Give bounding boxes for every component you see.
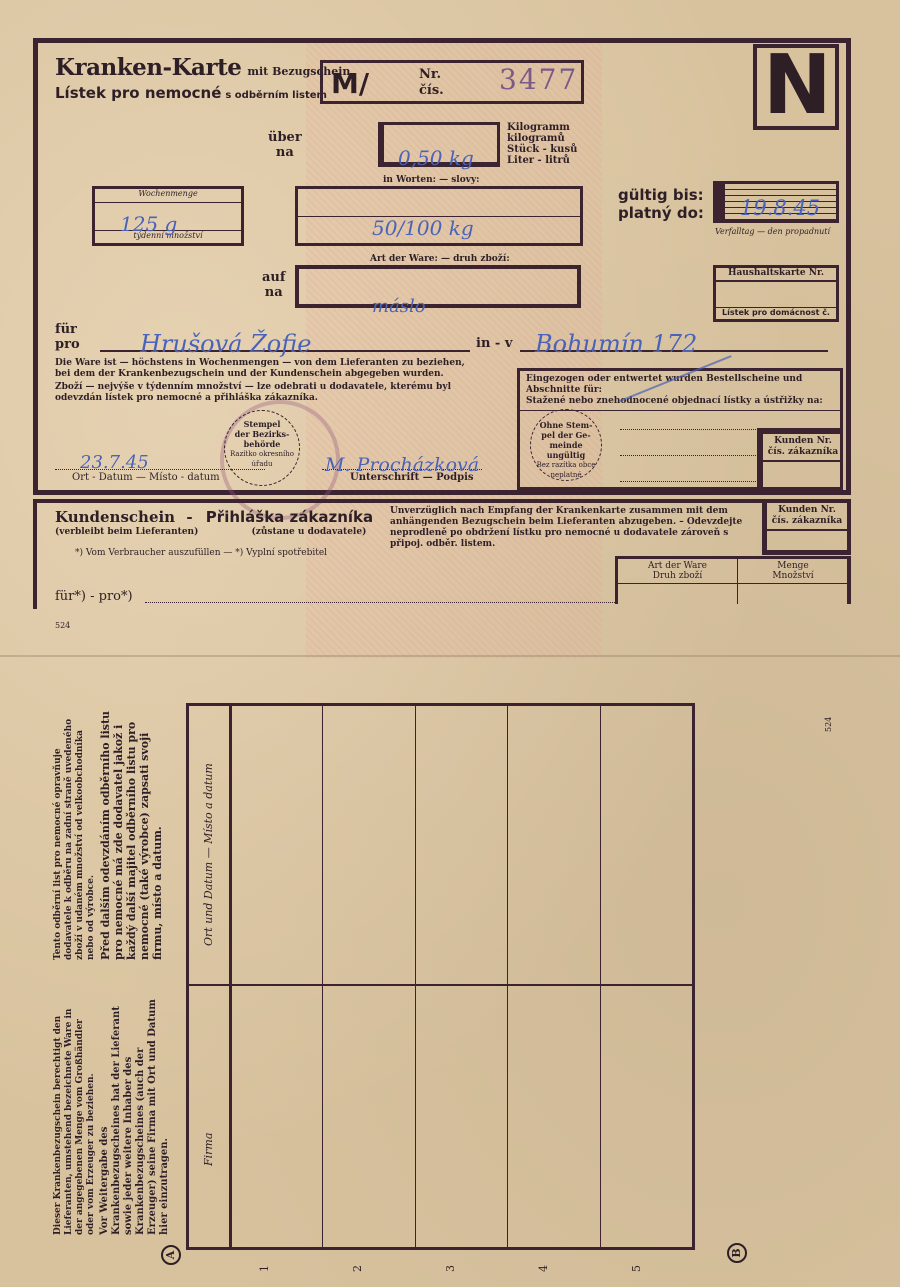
weekly-handwritten: 125 g: [120, 212, 177, 236]
slip-nr-de: Kunden Nr.: [767, 505, 847, 516]
in-words-label: in Worten: — slovy:: [383, 175, 480, 186]
district-stamp-line: úřadu: [225, 459, 299, 469]
col-qty-de: Menge: [738, 561, 848, 571]
marker-b-icon: B: [727, 1243, 747, 1263]
customer-slip-number-box[interactable]: Kunden Nr. čís. zákazníka: [762, 503, 851, 555]
grid-header-firm: Firma: [202, 1133, 215, 1166]
col-goods-de: Art der Ware: [618, 561, 737, 571]
goods-label: Art der Ware: — druh zboží:: [370, 254, 510, 265]
customer-slip-subtitle: (verbleibt beim Lieferanten) (zůstane u …: [55, 527, 366, 537]
customer-slip-name-line[interactable]: [145, 602, 615, 603]
nr-label-de: Nr.: [419, 67, 444, 83]
stamp-note-line: neplatné: [531, 470, 601, 480]
register-cell-2[interactable]: [323, 706, 415, 1247]
municipal-stamp-area: Ohne Stem- pel der Ge- meinde ungültig B…: [530, 409, 602, 481]
back-text-de: Dieser Krankenbezugschein berechtigt den…: [53, 995, 171, 1235]
supplier-register-grid: Ort und Datum — Místo a datum Firma: [186, 703, 695, 1250]
column-number-4: 4: [537, 1265, 550, 1272]
card-title-cz: Lístek pro nemocnés odběrním listem: [55, 84, 327, 102]
col-goods-cz: Druh zboží: [618, 571, 737, 581]
customer-number-header: Kunden Nr. čís. zákazníka: [763, 434, 843, 462]
validity-note: Verfalltag — den propadnutí: [715, 227, 830, 236]
auf-text: auf: [262, 270, 285, 285]
district-stamp-line: der Bezirks-: [225, 429, 299, 439]
sub-de: (verbleibt beim Lieferanten): [55, 527, 198, 537]
unit-kg-de: Kilogramm: [507, 122, 577, 133]
column-number-2: 2: [351, 1265, 364, 1272]
in-words-handwritten: 50/100 kg: [372, 216, 474, 240]
customer-nr-de: Kunden Nr.: [763, 436, 843, 447]
col-qty-cz: Množství: [738, 571, 848, 581]
goods-auf-label: auf na: [262, 270, 285, 300]
column-number-5: 5: [630, 1265, 643, 1272]
title-de-text: Kranken-Karte: [55, 54, 241, 81]
title-separator: -: [186, 508, 192, 526]
goods-handwritten: máslo: [372, 296, 426, 317]
nr-label: Nr. čís.: [419, 67, 444, 99]
goods-field[interactable]: [295, 265, 581, 308]
fold-line: [0, 655, 900, 657]
title-cz-suffix: s odběrním listem: [225, 90, 327, 101]
recipient-label: für pro: [55, 322, 80, 352]
back-text-cz-1: Tento odběrní list pro nemocné opravňuje…: [53, 705, 97, 960]
back-text-de-2: Vor Weitergabe des Krankenbezugscheines …: [99, 995, 171, 1235]
place-label: in - v: [476, 336, 512, 351]
household-footer: Lístek pro domácnost č.: [716, 307, 836, 319]
customer-slip-title: Kundenschein - Přihláška zákazníka: [55, 508, 373, 526]
goods-column[interactable]: Art der Ware Druh zboží: [618, 559, 738, 604]
customer-slip-left-border: [33, 499, 37, 609]
place-date-label: Ort - Datum — Místo - datum: [72, 472, 220, 483]
customer-slip-fuer-label: für*) - pro*): [55, 589, 133, 604]
validity-handwritten: 19.8.45: [740, 196, 820, 220]
validity-label: gültig bis: platný do:: [618, 186, 704, 222]
sub-cz: (zůstane u dodavatele): [252, 527, 367, 537]
cancelled-line-3[interactable]: [620, 481, 756, 482]
label-uber: über: [268, 130, 302, 145]
quantity-handwritten: 0,50 kg: [398, 146, 474, 170]
back-text-cz: Tento odběrní list pro nemocné opravňuje…: [53, 705, 164, 960]
customer-slip-number-header: Kunden Nr. čís. zákazníka: [767, 503, 847, 531]
title-cz-text: Lístek pro nemocné: [55, 84, 221, 102]
register-cell-4[interactable]: [508, 706, 600, 1247]
household-header: Haushaltskarte Nr.: [716, 268, 836, 282]
fill-note: *) Vom Verbraucher auszufüllen — *) Vypl…: [75, 548, 327, 558]
customer-slip-title-cz: Přihláška zákazníka: [206, 508, 373, 526]
register-cell-1[interactable]: [230, 706, 322, 1247]
unit-liter: Liter - litrů: [507, 155, 577, 166]
cancelled-line-2[interactable]: [620, 455, 756, 456]
weekly-header: Wochenmenge: [95, 189, 241, 203]
category-letter: N: [763, 38, 832, 133]
notice-de: Die Ware ist — höchstens in Wochenmengen…: [55, 358, 465, 380]
series-letter: M/: [331, 67, 369, 100]
marker-a-icon: A: [161, 1245, 181, 1265]
notice-cz: Zboží — nejvýše v týdenním množství — lz…: [55, 382, 465, 404]
district-stamp-line: behörde: [225, 439, 299, 449]
recipient-name-handwritten: Hrušová Žofie: [140, 330, 311, 358]
customer-slip-instructions: Unverzüglich nach Empfang der Krankenkar…: [390, 506, 760, 550]
grid-header-place-date: Ort und Datum — Místo a datum: [202, 763, 215, 946]
customer-slip-title-de: Kundenschein: [55, 508, 175, 526]
label-na: na: [268, 145, 302, 160]
pro-text: pro: [55, 337, 80, 352]
unit-kg-cz: kilogramů: [507, 133, 577, 144]
card-number-stamp: 3477: [499, 63, 578, 96]
slip-nr-cz: čís. zákazníka: [767, 516, 847, 527]
back-text-cz-2: Před dalším odevzdáním odběrního listu p…: [99, 705, 164, 960]
district-stamp-line: Stempel: [225, 419, 299, 429]
fuer-text: für: [55, 322, 80, 337]
valid-cz: platný do:: [618, 204, 704, 222]
signature-handwritten: M. Procházková: [325, 454, 479, 476]
register-cell-5[interactable]: [601, 706, 693, 1247]
unit-piece: Stück - kusů: [507, 144, 577, 155]
column-number-1: 1: [258, 1265, 271, 1272]
recipient-place-handwritten: Bohumín 172: [535, 330, 697, 358]
customer-nr-cz: čís. zákazníka: [763, 447, 843, 458]
stamp-note-line: pel der Ge-: [531, 430, 601, 440]
quantity-column-header: Menge Množství: [738, 559, 848, 584]
unit-list: Kilogramm kilogramů Stück - kusů Liter -…: [507, 122, 577, 166]
issue-date-handwritten: 23.7.45: [80, 452, 149, 473]
goods-quantity-table: Art der Ware Druh zboží Menge Množství: [615, 556, 851, 604]
register-cell-3[interactable]: [416, 706, 507, 1247]
column-number-3: 3: [444, 1265, 457, 1272]
customer-slip-top-border: [33, 499, 851, 503]
stamp-note-line: Bez razítka obce: [531, 460, 601, 470]
quantity-label: über na: [268, 130, 302, 160]
card-title-de: Kranken-Kartemit Bezugschein: [55, 54, 350, 81]
back-form-number: 524: [824, 717, 833, 732]
cancelled-header-cz: Stažené nebo znehodnocené objednací líst…: [526, 396, 834, 407]
customer-number-box[interactable]: Kunden Nr. čís. zákazníka: [757, 428, 843, 490]
stamp-note-line: Ohne Stem-: [531, 420, 601, 430]
district-stamp-line: Razítko okresního: [225, 449, 299, 459]
household-card-box[interactable]: Haushaltskarte Nr. Lístek pro domácnost …: [713, 265, 839, 322]
card-number-box: M/ Nr. čís. 3477: [320, 60, 584, 104]
category-box: N: [753, 44, 839, 130]
back-text-de-1: Dieser Krankenbezugschein berechtigt den…: [53, 995, 97, 1235]
form-number: 524: [55, 621, 70, 630]
quantity-column[interactable]: Menge Množství: [738, 559, 848, 604]
stamp-note-line: meinde ungültig: [531, 440, 601, 460]
goods-column-header: Art der Ware Druh zboží: [618, 559, 737, 584]
district-stamp-area: Stempel der Bezirks- behörde Razítko okr…: [224, 410, 300, 486]
na-text: na: [262, 285, 285, 300]
nr-label-cz: čís.: [419, 83, 444, 99]
delivery-notice: Die Ware ist — höchstens in Wochenmengen…: [55, 358, 465, 406]
valid-de: gültig bis:: [618, 186, 704, 204]
